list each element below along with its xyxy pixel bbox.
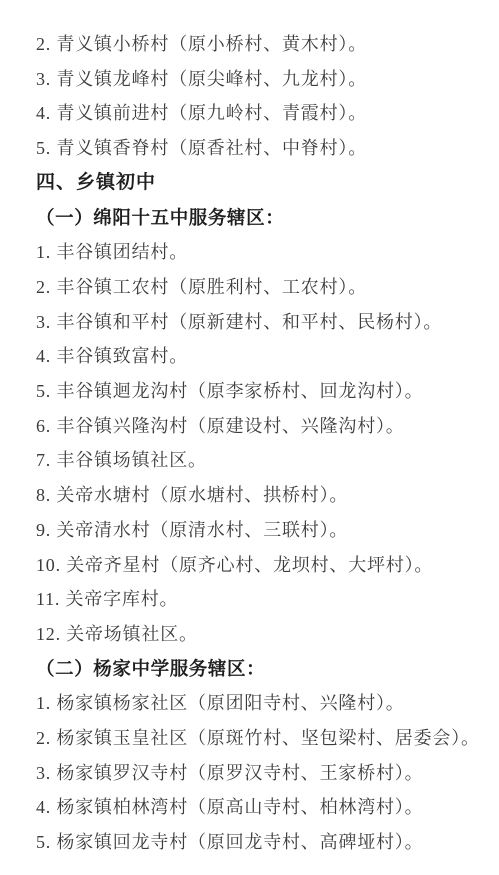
- subsection-heading-1: （一）绵阳十五中服务辖区：: [36, 201, 491, 236]
- list-item: 1. 丰谷镇团结村。: [36, 235, 491, 270]
- list-item: 12. 关帝场镇社区。: [36, 617, 491, 652]
- list-item: 5. 杨家镇回龙寺村（原回龙寺村、高碑垭村）。: [36, 825, 491, 860]
- list-item: 5. 丰谷镇迴龙沟村（原李家桥村、回龙沟村）。: [36, 374, 491, 409]
- list-item: 3. 丰谷镇和平村（原新建村、和平村、民杨村）。: [36, 305, 491, 340]
- list-item: 10. 关帝齐星村（原齐心村、龙坝村、大坪村）。: [36, 548, 491, 583]
- list-item: 2. 青义镇小桥村（原小桥村、黄木村）。: [36, 27, 491, 62]
- list-item: 3. 青义镇龙峰村（原尖峰村、九龙村）。: [36, 62, 491, 97]
- subsection-heading-2: （二）杨家中学服务辖区：: [36, 652, 491, 687]
- list-item: 3. 杨家镇罗汉寺村（原罗汉寺村、王家桥村）。: [36, 756, 491, 791]
- list-item: 11. 关帝字库村。: [36, 582, 491, 617]
- list-item: 2. 丰谷镇工农村（原胜利村、工农村）。: [36, 270, 491, 305]
- list-item: 4. 青义镇前进村（原九岭村、青霞村）。: [36, 96, 491, 131]
- section-heading: 四、乡镇初中: [36, 166, 491, 201]
- page-body: { "colors": { "background": "#ffffff", "…: [0, 0, 499, 875]
- list-item: 9. 关帝清水村（原清水村、三联村）。: [36, 513, 491, 548]
- list-item: 1. 杨家镇杨家社区（原团阳寺村、兴隆村）。: [36, 686, 491, 721]
- list-item: 4. 杨家镇柏林湾村（原高山寺村、柏林湾村）。: [36, 790, 491, 825]
- list-item: 7. 丰谷镇场镇社区。: [36, 443, 491, 478]
- list-item: 6. 丰谷镇兴隆沟村（原建设村、兴隆沟村）。: [36, 409, 491, 444]
- list-item: 4. 丰谷镇致富村。: [36, 339, 491, 374]
- list-item: 8. 关帝水塘村（原水塘村、拱桥村）。: [36, 478, 491, 513]
- list-item: 5. 青义镇香脊村（原香社村、中脊村）。: [36, 131, 491, 166]
- list-item: 2. 杨家镇玉皇社区（原斑竹村、坚包梁村、居委会）。: [36, 721, 491, 756]
- document-page: 2. 青义镇小桥村（原小桥村、黄木村）。 3. 青义镇龙峰村（原尖峰村、九龙村）…: [0, 0, 499, 875]
